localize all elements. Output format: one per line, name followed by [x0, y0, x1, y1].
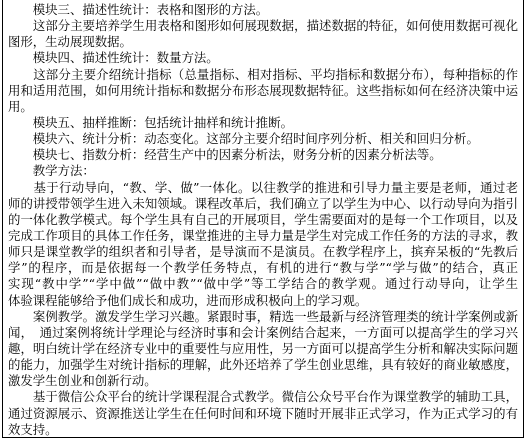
- text-line: 学”的程序，而是依据每一个教学任务特点，有机的进行“教与学”“学与做”的结合，真…: [8, 260, 518, 276]
- document-frame: 模块三、描述性统计：表格和图形的方法。 这部分主要培养学生用表格和图形如何展现数…: [2, 0, 524, 438]
- text-line: 体验课程能够给予他们成长和成功，进而形成积极向上的学习观。: [8, 293, 518, 309]
- text-line: 激发学生创业和创新行动。: [8, 373, 518, 389]
- text-line: 模块三、描述性统计：表格和图形的方法。: [8, 2, 518, 18]
- text-line: 实现“教中学”“学中做”“做中教”“做中学”等工学结合的教学观。通过行动导向，让…: [8, 276, 518, 292]
- text-line: 模块六、统计分析：动态变化。这部分主要介绍时间序列分析、相关和回归分析。: [8, 131, 518, 147]
- text-line: 图形，生动展现数据。: [8, 34, 518, 50]
- text-line: 模块四、描述性统计：数量方法。: [8, 50, 518, 66]
- text-line: 这部分主要培养学生用表格和图形如何展现数据，描述数据的特征，如何使用数据可视化: [8, 18, 518, 34]
- text-line: 完成工作项目的具体工作任务，课堂推进的主导力量是学生对完成工作任务的方法的寻求，…: [8, 228, 518, 244]
- text-line: 模块七、指数分析：经营生产中的因素分析法，财务分析的因素分析法等。: [8, 147, 518, 163]
- text-line: 这部分主要介绍统计指标（总量指标、相对指标、平均指标和数据分布），每种指标的作: [8, 67, 518, 83]
- text-line: 教学方法：: [8, 163, 518, 179]
- text-line: 模块五、抽样推断：包括统计抽样和统计推断。: [8, 115, 518, 131]
- text-line: 通过资源展示、资源推送让学生在任何时间和环境下随时开展非正式学习，作为正式学习的…: [8, 406, 518, 422]
- text-line: 的一体化教学模式。每个学生具有自己的开展项目，学生需要面对的是每一个工作项目，以…: [8, 212, 518, 228]
- text-line: 师只是课堂教学的组织者和引导者，是导演而不是演员。在教学程序上，摈弃呆板的“先教…: [8, 244, 518, 260]
- text-line: 基于行动导向，“教、学、做”一体化。以往教学的推进和引导力量主要是老师，通过老: [8, 180, 518, 196]
- text-line: 师的讲授带领学生进入未知领域。课程改革后，我们确立了以学生为中心、以行动导向为指…: [8, 196, 518, 212]
- text-line: 案例教学。激发学生学习兴趣。紧跟时事，精选一些最新与经济管理类的统计学案例或新: [8, 309, 518, 325]
- text-line: 用。: [8, 99, 518, 115]
- text-line: 趣，明白统计学在经济专业中的重要性与应用性，另一方面可以提高学生分析和解决实际问…: [8, 341, 518, 357]
- document-text: 模块三、描述性统计：表格和图形的方法。 这部分主要培养学生用表格和图形如何展现数…: [3, 0, 523, 437]
- text-line: 基于微信公众平台的统计学课程混合式教学。微信公众号平台作为课堂教学的辅助工具，: [8, 389, 518, 405]
- text-line: 闻， 通过案例将统计学理论与经济时事和会计案例结合起来，一方面可以提高学生的学习…: [8, 325, 518, 341]
- text-line: 的能力，加强学生对统计指标的理解，此外还培养了学生创业思维，具有较好的商业敏感度…: [8, 357, 518, 373]
- text-line: 效支持。: [8, 422, 518, 437]
- text-line: 用和适用范围，如何用统计指标和数据分布形态展现数据特征。这些指标如何在经济决策中…: [8, 83, 518, 99]
